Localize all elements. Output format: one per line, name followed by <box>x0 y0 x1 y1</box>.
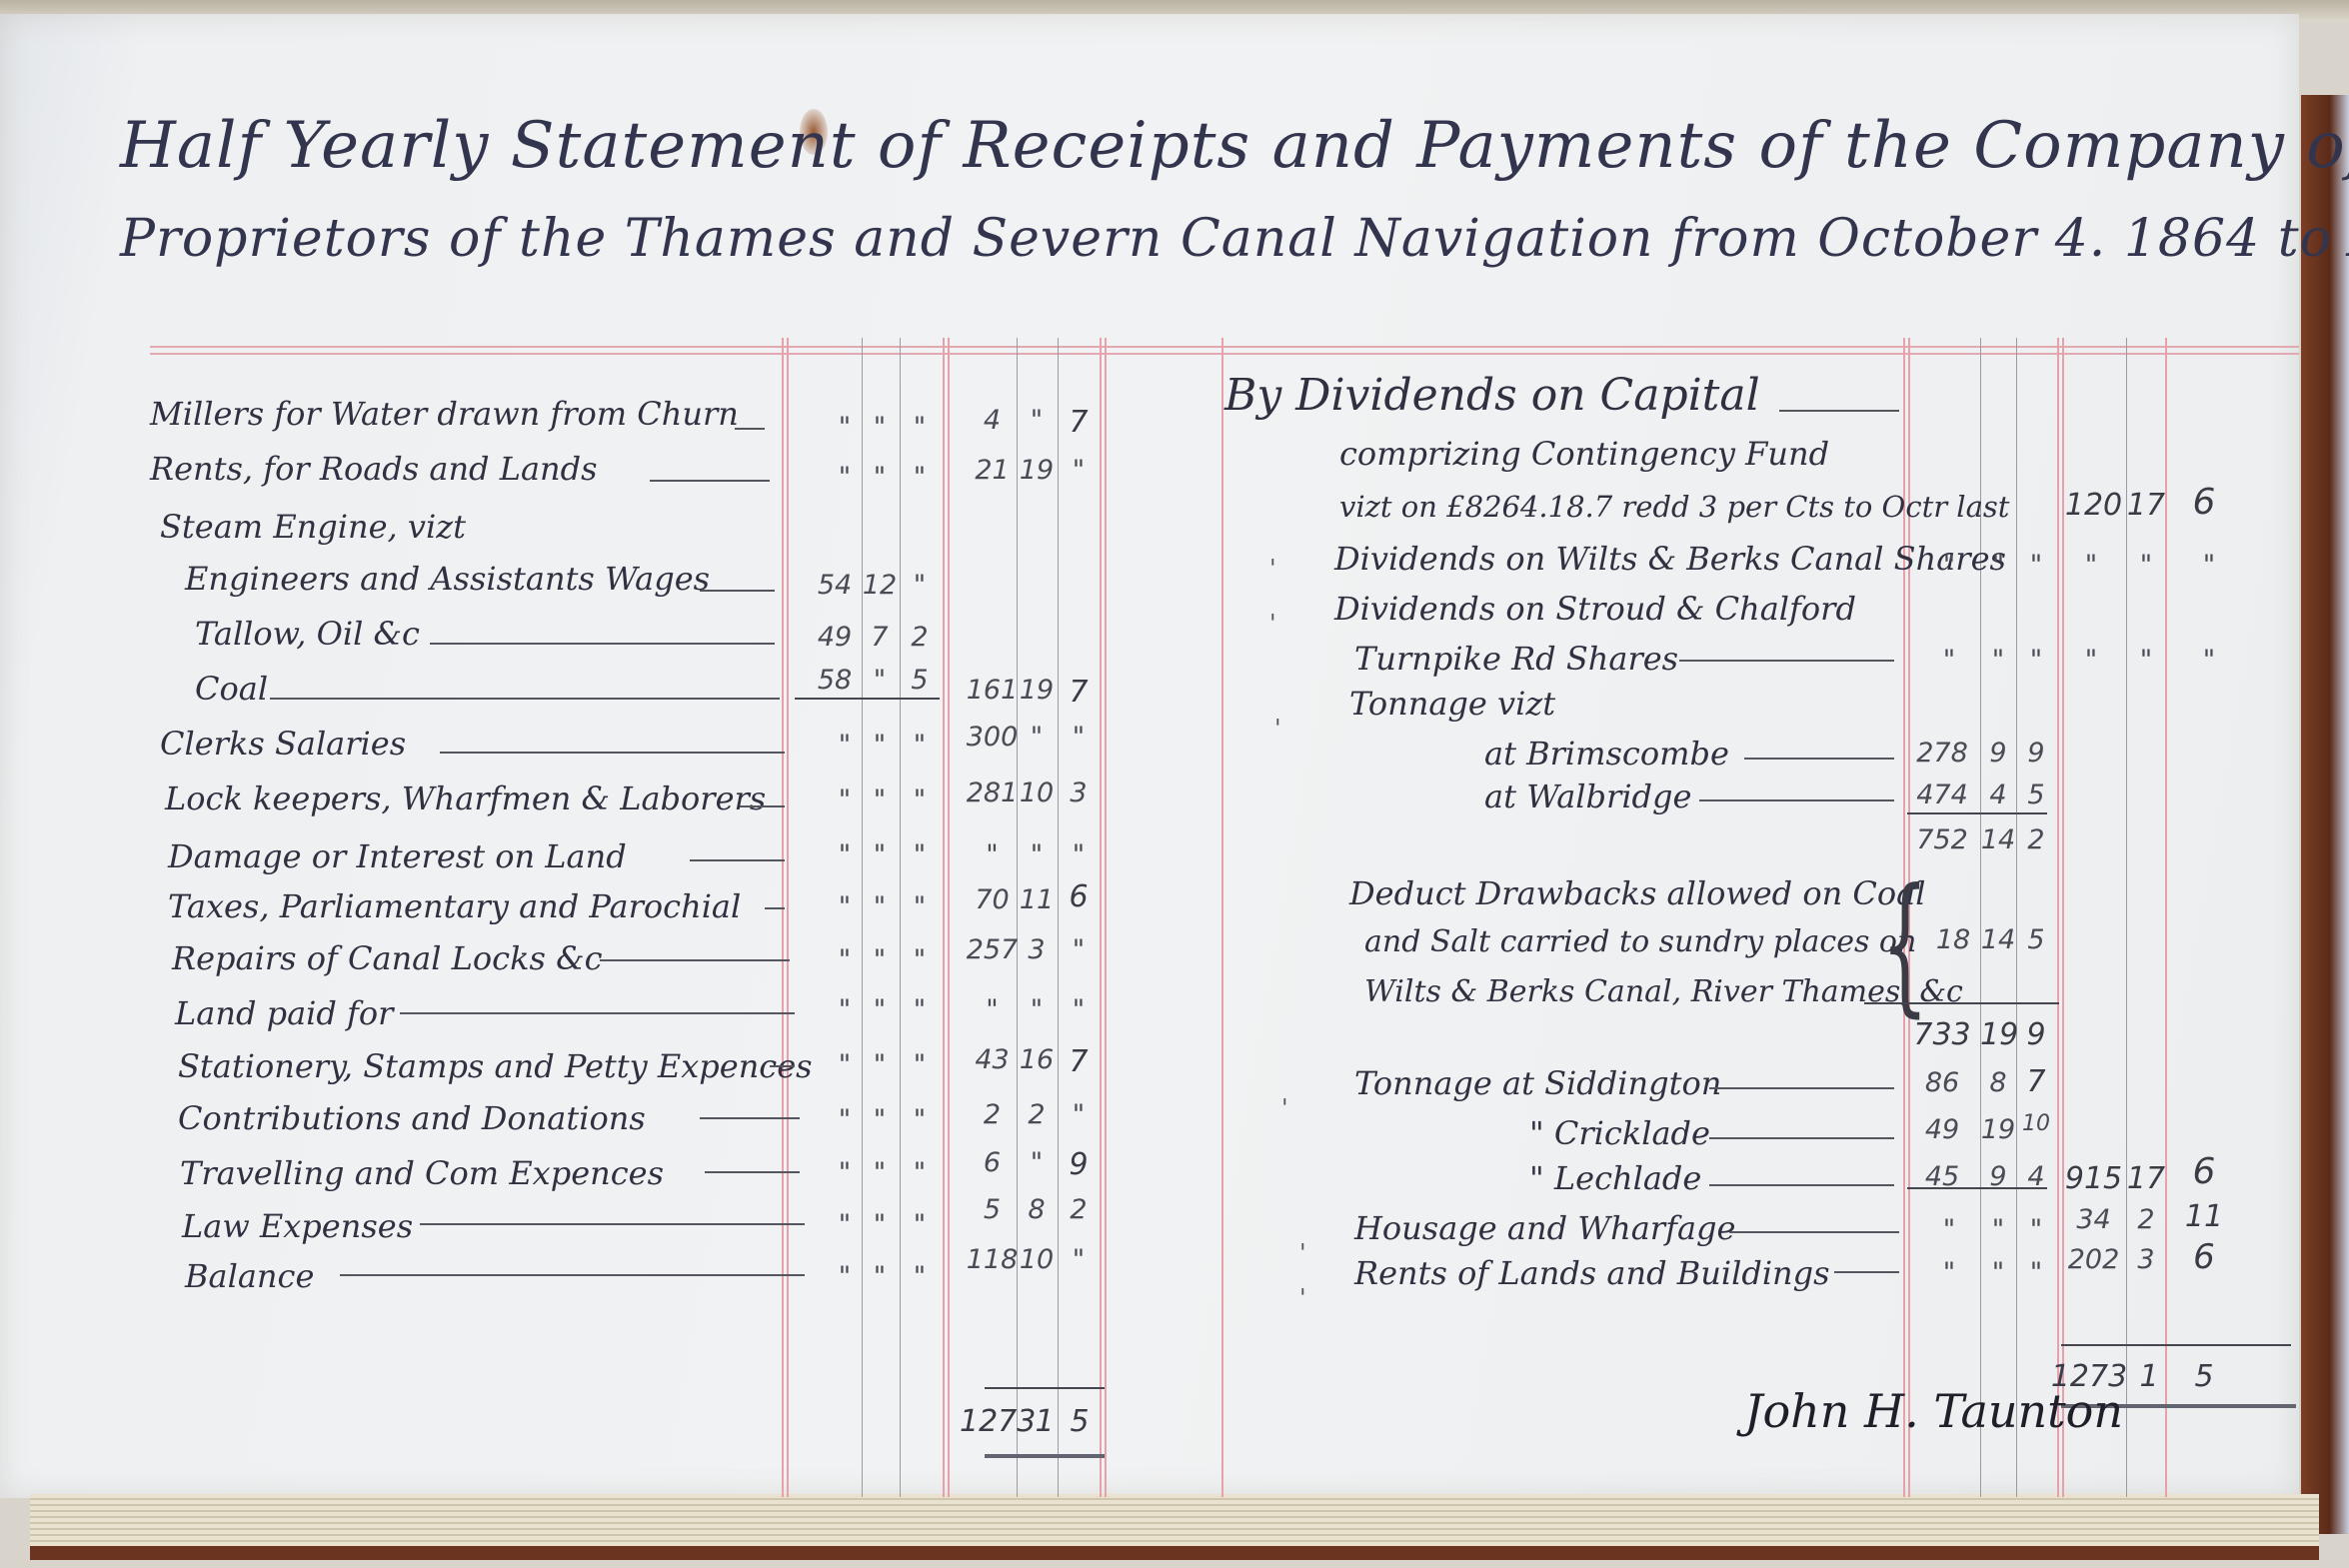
leader-line <box>270 698 780 700</box>
sub-pence: " <box>900 570 940 601</box>
sub-pence: 2 <box>2016 824 2056 855</box>
total-pounds: 6 <box>965 1147 1020 1178</box>
total-pounds: " <box>965 994 1020 1025</box>
total-pounds: 281 <box>965 778 1020 808</box>
grand-total-shillings: 1 <box>2134 1359 2164 1394</box>
leader-line <box>1709 1137 1894 1139</box>
total-pounds: 161 <box>965 675 1020 706</box>
receipt-label: and Salt carried to sundry places on <box>1364 924 1916 959</box>
leader-line <box>700 1117 800 1119</box>
receipt-label: Housage and Wharfage <box>1354 1209 1735 1247</box>
receipt-label: at Brimscombe <box>1484 735 1729 773</box>
total-shillings: 17 <box>2126 1161 2166 1196</box>
sub-shillings: " <box>860 944 900 975</box>
leader-line <box>740 805 785 807</box>
sub-pence: " <box>2016 645 2056 676</box>
total-shillings: " <box>1017 839 1057 870</box>
sub-pounds: " <box>1934 1257 1964 1288</box>
subtotal-rule <box>1864 1002 2059 1004</box>
total-pence: " <box>2189 645 2229 676</box>
book-cover-edge <box>2301 95 2349 1534</box>
ruling-receipts-margin <box>1221 338 1223 1497</box>
leader-line <box>765 907 785 909</box>
ruling <box>1058 338 1059 1497</box>
leader-line <box>705 1171 800 1173</box>
sub-pence: " <box>900 1261 940 1292</box>
total-shillings: 3 <box>2126 1244 2166 1275</box>
sub-pence: " <box>900 1104 940 1135</box>
total-pounds: 4 <box>965 405 1020 436</box>
receipt-label: Turnpike Rd Shares <box>1354 640 1678 678</box>
total-pounds: 5 <box>965 1194 1020 1225</box>
total-pence: " <box>1058 1099 1100 1130</box>
payment-label: Clerks Salaries <box>160 725 406 763</box>
total-shillings: " <box>1017 1147 1057 1178</box>
sub-pounds: 49 <box>1907 1114 1977 1145</box>
leader-line <box>1834 1271 1899 1273</box>
sub-pence: " <box>900 462 940 493</box>
payment-label: Travelling and Com Expences <box>180 1154 664 1192</box>
total-shillings: " <box>1017 994 1057 1025</box>
sub-pence: 7 <box>2016 1064 2056 1099</box>
total-pounds: 43 <box>965 1044 1020 1075</box>
leader-line <box>430 643 775 645</box>
payment-label: Stationery, Stamps and Petty Expences <box>178 1047 813 1085</box>
ruling-left-sub-start <box>782 338 784 1497</box>
ruling-left-total-end <box>1100 338 1102 1497</box>
sub-shillings: 14 <box>1980 924 2016 955</box>
sub-pounds: 18 <box>1929 924 1977 955</box>
sub-shillings: " <box>860 665 900 696</box>
total-pounds: 70 <box>965 884 1020 915</box>
sub-pence: " <box>2016 1257 2056 1288</box>
sub-shillings: " <box>860 891 900 922</box>
total-shillings: 19 <box>1017 455 1057 486</box>
subtotal-rule <box>1907 812 2047 814</box>
total-shillings: 19 <box>1017 675 1057 706</box>
total-pence: 2 <box>1058 1194 1100 1225</box>
sub-shillings: " <box>860 839 900 870</box>
sub-shillings: " <box>860 1049 900 1080</box>
total-shillings: 10 <box>1017 1244 1057 1275</box>
payment-label: Contributions and Donations <box>178 1099 646 1137</box>
receipt-label: comprizing Contingency Fund <box>1339 435 1829 473</box>
leader-line <box>1709 1087 1894 1089</box>
total-pounds: 257 <box>965 934 1020 965</box>
sub-pence: " <box>900 784 940 815</box>
total-pence: " <box>1058 722 1100 753</box>
sub-shillings: " <box>860 1261 900 1292</box>
total-pence: 6 <box>2184 482 2224 523</box>
sub-shillings: " <box>860 1157 900 1188</box>
sub-shillings: 14 <box>1980 824 2016 855</box>
title-line-1: Half Yearly Statement of Receipts and Pa… <box>120 109 2269 183</box>
sub-shillings: " <box>860 1209 900 1240</box>
total-shillings: " <box>1017 722 1057 753</box>
sub-pence: 9 <box>2016 1017 2056 1052</box>
total-pounds: " <box>2061 645 2121 676</box>
ruling-left-total-start <box>943 338 945 1497</box>
sub-shillings: " <box>1980 1257 2016 1288</box>
sub-shillings: 19 <box>1980 1017 2016 1052</box>
sub-pounds: 278 <box>1907 738 1977 769</box>
leader-line <box>700 590 775 592</box>
sub-pounds: " <box>1934 1214 1964 1245</box>
ditto-mark: ' <box>1299 1284 1306 1312</box>
sub-shillings: 12 <box>860 570 900 601</box>
payment-label: Millers for Water drawn from Churn <box>150 395 739 433</box>
ditto-mark: ' <box>1274 715 1281 743</box>
receipt-label: Deduct Drawbacks allowed on Coal <box>1349 874 1925 912</box>
sub-pounds: " <box>1934 550 1964 581</box>
total-pounds: 21 <box>965 455 1020 486</box>
ditto-mark: ' <box>1299 1239 1306 1267</box>
sub-shillings: " <box>1980 1214 2016 1245</box>
sub-pounds: 752 <box>1907 824 1977 855</box>
total-pounds: " <box>965 839 1020 870</box>
leader-line <box>1744 758 1894 760</box>
sub-shillings: 19 <box>1980 1114 2016 1145</box>
receipt-label: Dividends on Stroud & Chalford <box>1334 590 1856 628</box>
ditto-mark: ' <box>1281 1094 1288 1122</box>
sub-shillings: " <box>860 462 900 493</box>
leader-line <box>440 752 785 754</box>
total-pence: 9 <box>1058 1147 1100 1182</box>
sub-pence: " <box>900 891 940 922</box>
total-pence: 7 <box>1058 675 1100 710</box>
total-shillings: 2 <box>1017 1099 1057 1130</box>
sub-shillings: 4 <box>1980 780 2016 810</box>
total-shillings: 3 <box>1017 934 1057 965</box>
page-stack-edge <box>30 1494 2319 1560</box>
payment-label: Repairs of Canal Locks &c <box>172 939 602 977</box>
sub-shillings: " <box>860 730 900 761</box>
total-pence: 6 <box>2184 1151 2224 1192</box>
total-pounds: 120 <box>2061 488 2126 523</box>
total-pounds: 34 <box>2061 1204 2126 1235</box>
sub-pence: " <box>900 994 940 1025</box>
receipt-label: Tonnage at Siddington <box>1354 1064 1721 1102</box>
payment-label: Damage or Interest on Land <box>168 837 627 875</box>
sub-pence: 10 <box>2016 1111 2056 1136</box>
grand-total-pence: 5 <box>1060 1404 1100 1439</box>
header-rule <box>150 346 2299 355</box>
total-pence: " <box>2189 550 2229 581</box>
double-total-rule <box>985 1454 1105 1458</box>
total-pounds: 118 <box>965 1244 1020 1275</box>
receipt-label: " Cricklade <box>1529 1114 1710 1152</box>
leader-line <box>1699 799 1894 801</box>
total-pence: " <box>1058 994 1100 1025</box>
leader-line <box>1779 410 1899 412</box>
sub-pence: " <box>900 730 940 761</box>
brace-icon: { <box>1881 869 1929 1019</box>
payment-label: Engineers and Assistants Wages <box>185 560 710 598</box>
total-shillings: 11 <box>1017 884 1057 915</box>
total-rule <box>2061 1344 2291 1346</box>
total-pence: " <box>1058 934 1100 965</box>
sub-pounds: 474 <box>1907 780 1977 810</box>
leader-line <box>1709 1184 1894 1186</box>
receipt-label: Tonnage vizt <box>1349 685 1555 723</box>
receipt-label: Dividends on Wilts & Berks Canal Shares <box>1334 540 2006 578</box>
payment-label: Tallow, Oil &c <box>195 615 420 653</box>
total-shillings: " <box>1017 405 1057 436</box>
total-pounds: 915 <box>2061 1161 2126 1196</box>
sub-pounds: " <box>1934 645 1964 676</box>
sub-shillings: " <box>1980 550 2016 581</box>
ditto-mark: ' <box>1269 555 1276 583</box>
total-pounds: 300 <box>965 722 1020 753</box>
sub-pence: " <box>2016 550 2056 581</box>
sub-pence: " <box>900 1209 940 1240</box>
leader-line <box>400 1012 795 1014</box>
sub-pence: " <box>900 839 940 870</box>
total-shillings: 8 <box>1017 1194 1057 1225</box>
sub-shillings: " <box>860 784 900 815</box>
ruling <box>1017 338 1018 1497</box>
sub-pence: " <box>2016 1214 2056 1245</box>
leader-line <box>770 1065 795 1067</box>
leader-line <box>340 1274 805 1276</box>
sub-shillings: 9 <box>1980 738 2016 769</box>
subtotal-rule <box>795 698 940 700</box>
total-shillings: 17 <box>2126 488 2166 523</box>
payment-label: Balance <box>185 1257 314 1295</box>
grand-total-pounds: 1273 <box>960 1404 1030 1439</box>
title-line-2: Proprietors of the Thames and Severn Can… <box>120 209 2269 269</box>
leader-line <box>600 959 790 961</box>
subtotal-rule <box>1907 1187 2047 1189</box>
payment-label: Steam Engine, vizt <box>160 508 466 546</box>
payment-label: Coal <box>195 670 268 708</box>
receipt-label: vizt on £8264.18.7 redd 3 per Cts to Oct… <box>1339 490 2009 524</box>
sub-pence: " <box>900 412 940 443</box>
total-shillings: " <box>2126 645 2166 676</box>
sub-pounds: 54 <box>810 570 860 601</box>
sub-pounds: 733 <box>1907 1017 1977 1052</box>
sub-pence: 5 <box>2016 780 2056 810</box>
total-shillings: 10 <box>1017 778 1057 808</box>
leader-line <box>420 1223 805 1225</box>
payment-label: Lock keepers, Wharfmen & Laborers <box>165 780 766 817</box>
sub-pence: " <box>900 1157 940 1188</box>
total-pence: " <box>1058 839 1100 870</box>
payment-label: Law Expenses <box>182 1207 413 1245</box>
sub-pence: 9 <box>2016 738 2056 769</box>
sub-pounds: 86 <box>1907 1067 1977 1098</box>
total-pounds: 2 <box>965 1099 1020 1130</box>
leader-line <box>1729 1231 1899 1233</box>
leader-line <box>1679 660 1894 662</box>
sub-shillings: " <box>860 994 900 1025</box>
total-pence: 7 <box>1058 405 1100 440</box>
total-pence: 11 <box>2184 1199 2224 1234</box>
total-pence: 7 <box>1058 1044 1100 1079</box>
sub-shillings: " <box>860 412 900 443</box>
sub-pounds: 49 <box>810 622 860 653</box>
receipt-label: By Dividends on Capital <box>1224 370 1760 421</box>
total-shillings: 2 <box>2126 1204 2166 1235</box>
sub-pence: " <box>900 1049 940 1080</box>
payment-label: Rents, for Roads and Lands <box>150 450 598 488</box>
receipt-label: Rents of Lands and Buildings <box>1354 1254 1830 1292</box>
ditto-mark: ' <box>1269 610 1276 638</box>
leader-line <box>690 859 785 861</box>
sub-pounds: 58 <box>810 665 860 696</box>
receipt-label: at Walbridge <box>1484 778 1691 815</box>
total-pounds: 202 <box>2061 1244 2126 1275</box>
sub-shillings: 8 <box>1980 1067 2016 1098</box>
sub-shillings: 7 <box>860 622 900 653</box>
payment-label: Land paid for <box>175 994 393 1032</box>
leader-line <box>650 480 770 482</box>
total-pence: " <box>1058 455 1100 486</box>
total-pence: 6 <box>1058 879 1100 914</box>
sub-pence: 5 <box>900 665 940 696</box>
grand-total-pence: 5 <box>2184 1359 2224 1394</box>
total-rule <box>985 1387 1105 1389</box>
signature: John H. Taunton <box>1744 1384 2123 1438</box>
ruling <box>2016 338 2017 1497</box>
total-pence: 3 <box>1058 778 1100 808</box>
total-shillings: 16 <box>1017 1044 1057 1075</box>
sub-pence: 2 <box>900 622 940 653</box>
total-pence: " <box>1058 1244 1100 1275</box>
sub-pence: 5 <box>2016 924 2056 955</box>
sub-shillings: " <box>860 1104 900 1135</box>
total-pence: 6 <box>2184 1237 2224 1277</box>
total-shillings: " <box>2126 550 2166 581</box>
receipt-label: " Lechlade <box>1529 1159 1701 1197</box>
grand-total-shillings: 1 <box>1030 1404 1060 1439</box>
ruling-right-total-start <box>2057 338 2059 1497</box>
leader-line <box>735 428 765 430</box>
sub-shillings: " <box>1980 645 2016 676</box>
sub-pence: " <box>900 944 940 975</box>
total-pounds: " <box>2061 550 2121 581</box>
payment-label: Taxes, Parliamentary and Parochial <box>168 887 741 925</box>
